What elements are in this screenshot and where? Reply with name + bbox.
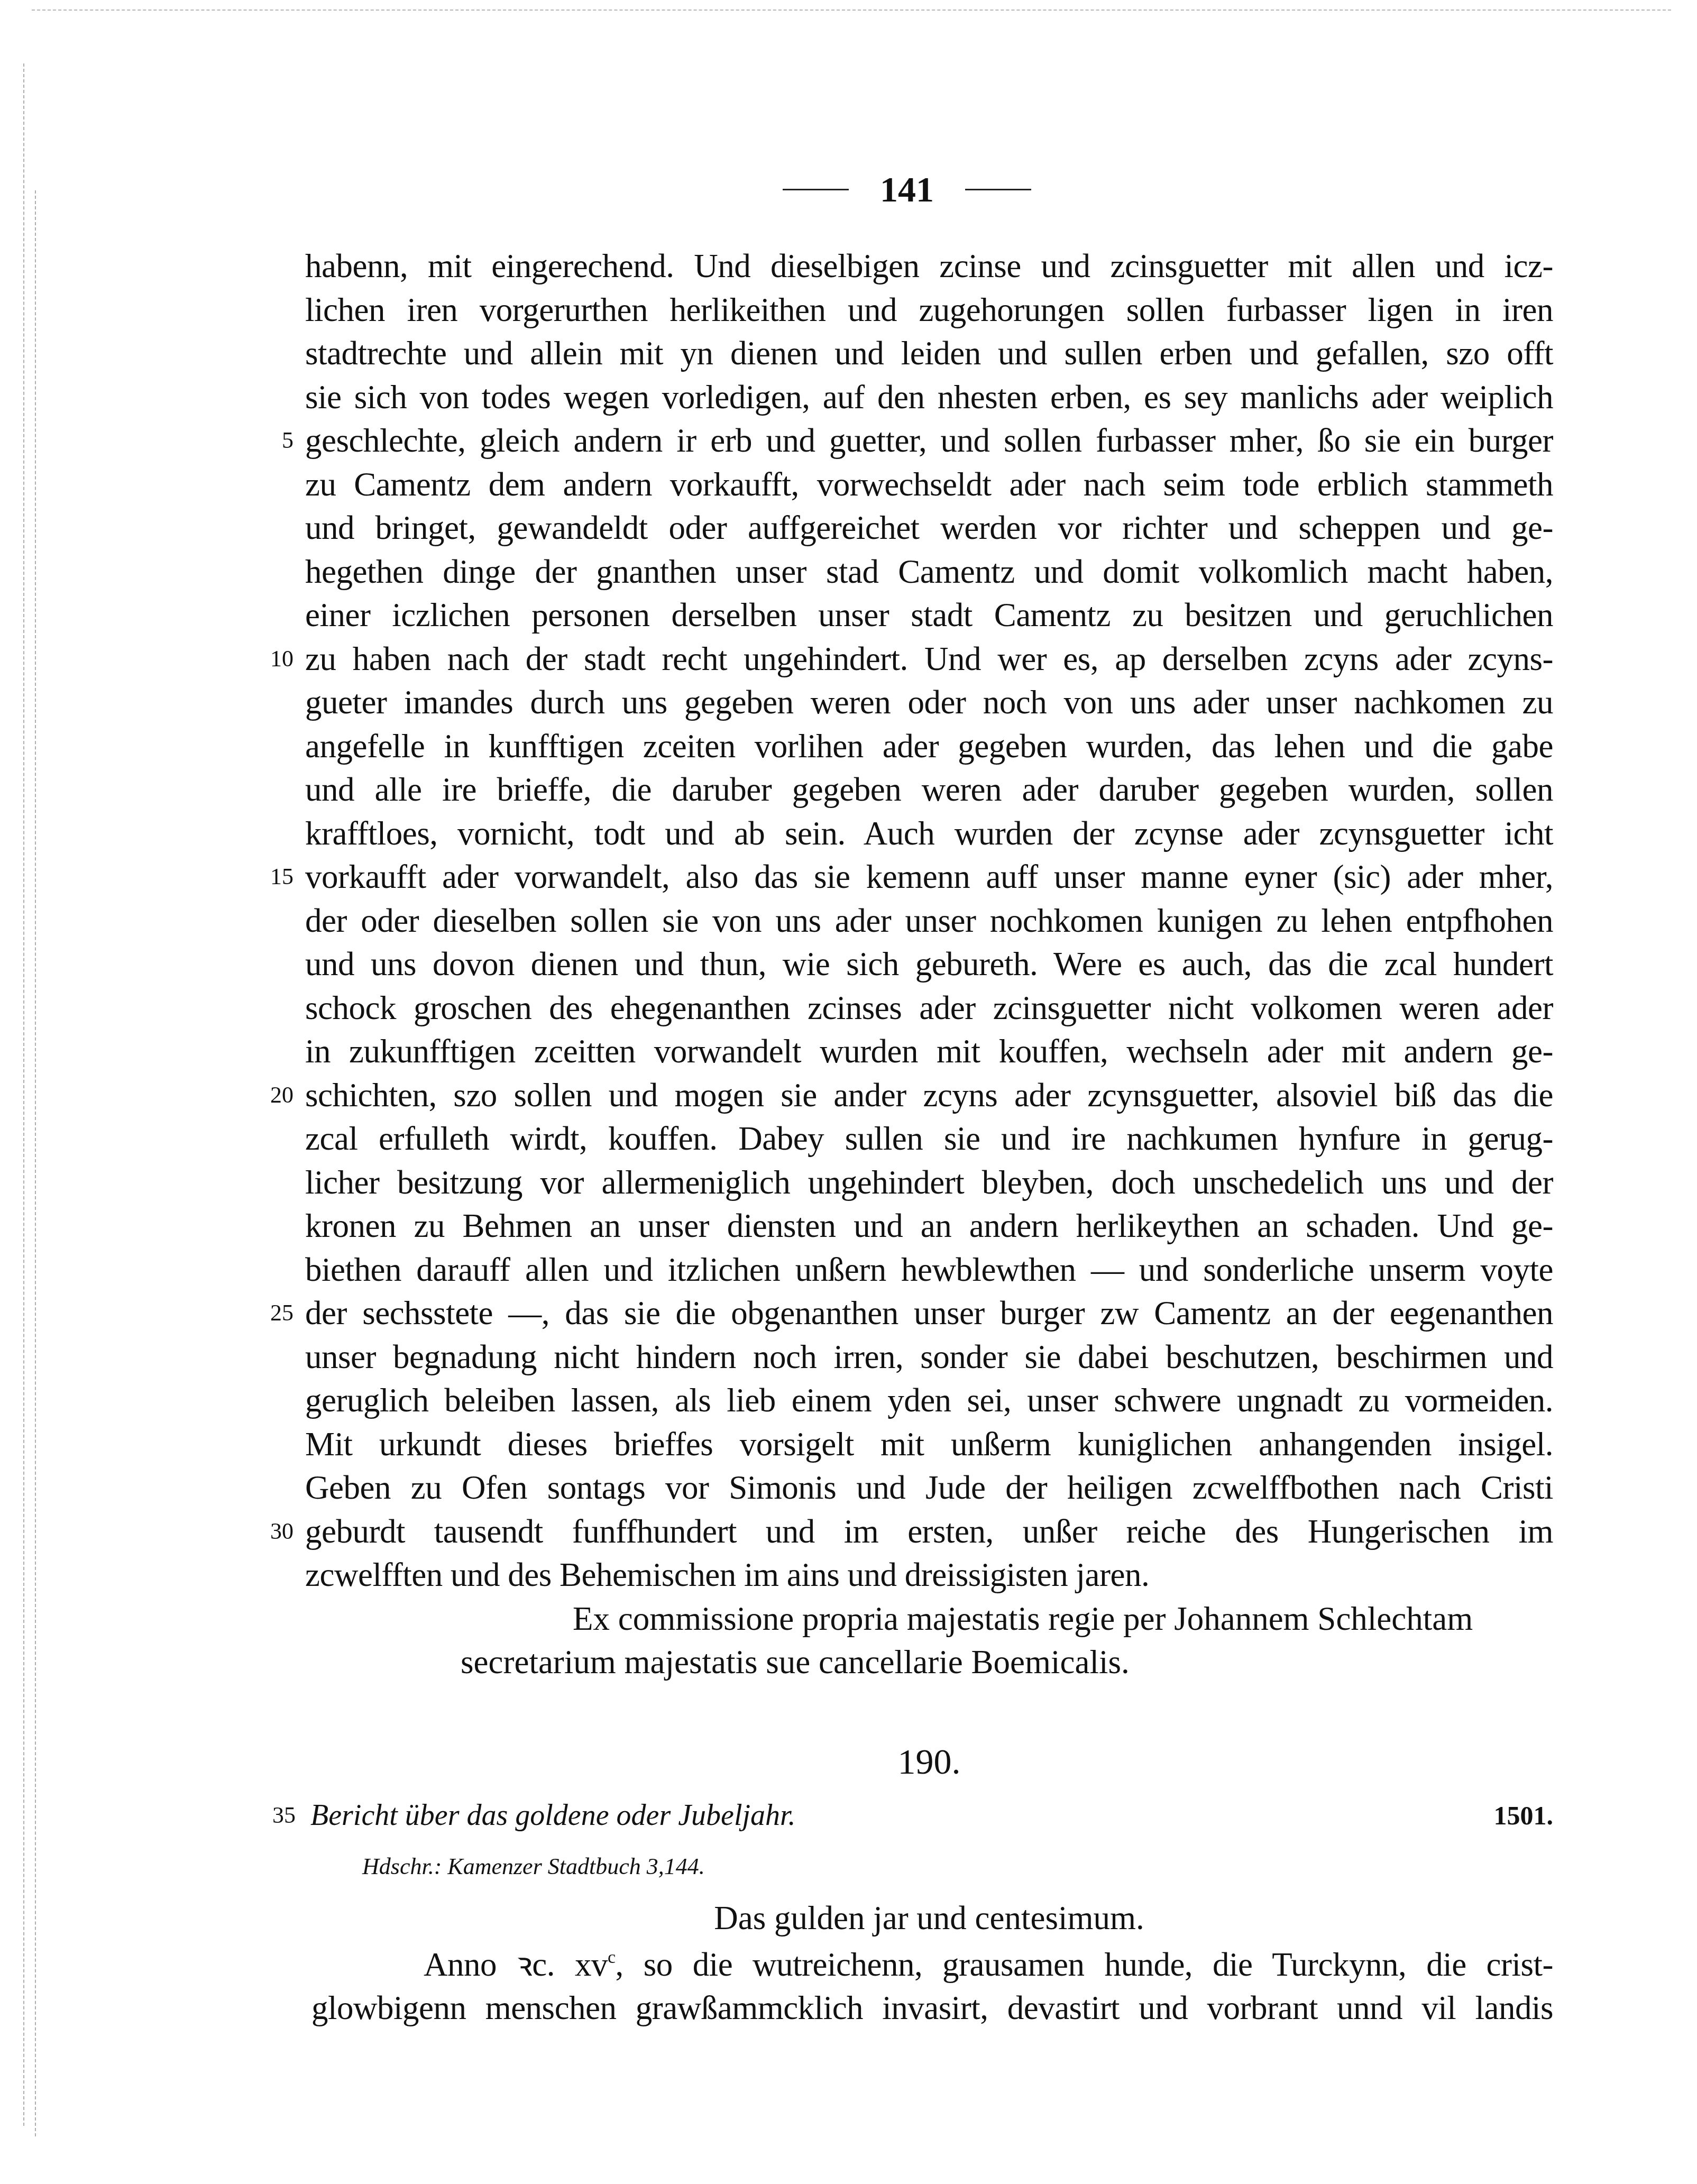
body-text-line: zcal erfulleth wirdt, kouffen. Dabey sul… [305,1117,1553,1160]
body-text-line: sie sich von todes wegen vorledigen, auf… [305,375,1553,419]
line-number: 35 [272,1794,296,1837]
document-regest: Bericht über das goldene oder Jubeljahr. [310,1794,796,1837]
body-text-line: angefelle in kunfftigen zceiten vorlihen… [305,724,1553,768]
body-text-line: in zukunfftigen zceitten vorwandelt wurd… [305,1030,1553,1073]
body-text-line: vorkaufft ader vorwandelt, also das sie … [305,855,1553,898]
body-text-line: Mit urkundt dieses brieffes vorsigelt mi… [305,1423,1553,1466]
body-text-line: und alle ire brieffe, die daruber gegebe… [305,768,1553,811]
body-text-line: stadtrechte und allein mit yn dienen und… [305,332,1553,375]
document-heading: Das gulden jar und centesimum. [305,1896,1553,1940]
source-citation: Hdschr.: Kamenzer Stadtbuch 3,144. [362,1848,705,1885]
line-number: 5 [267,419,293,462]
body-text-line: hegethen dinge der gnanthen unser stad C… [305,550,1553,593]
body-text-line: geburdt tausendt funffhundert und im ers… [305,1510,1553,1553]
subscription-line-1: Ex commissione propria majestatis regie … [573,1597,1473,1640]
line-number: 30 [267,1510,293,1553]
document-text-line: glowbigenn menschen grawßammcklich invas… [311,1986,1553,2030]
body-text-line: zu Camentz dem andern vorkaufft, vorwech… [305,463,1553,506]
body-text-line: habenn, mit eingerechend. Und dieselbige… [305,244,1553,288]
line-number: 25 [267,1291,293,1335]
body-text-line: schichten, szo sollen und mogen sie ande… [305,1073,1553,1117]
body-text-line: geschlechte, gleich andern ir erb und gu… [305,419,1553,462]
body-text-line: krafftloes, vornicht, todt und ab sein. … [305,812,1553,855]
body-text-line: der sechsstete —, das sie die obgenanthe… [305,1291,1553,1335]
page-number: 141 [880,168,934,210]
document-text-line: Anno ꝛc. xvc, so die wutreichenn, grausa… [424,1943,1553,1986]
subscription-line-2: secretarium majestatis sue cancellarie B… [461,1640,1130,1684]
body-text-line: der oder dieselben sollen sie von uns ad… [305,899,1553,942]
body-text-line: einer iczlichen personen derselben unser… [305,593,1553,637]
body-text-line: und bringet, gewandeldt oder auffgereich… [305,506,1553,549]
body-text-line: lichen iren vorgerurthen herlikeithen un… [305,288,1553,332]
body-text-line: gueter imandes durch uns gegeben weren o… [305,681,1553,724]
header-dash-right [965,189,1031,190]
body-text-line: zu haben nach der stadt recht ungehinder… [305,637,1553,681]
document-date: 1501. [1470,1794,1553,1837]
page-number-header: 141 [783,168,1031,210]
document-number: 190. [305,1740,1553,1783]
line-number: 15 [267,855,293,898]
body-text-line: unser begnadung nicht hindern noch irren… [305,1335,1553,1379]
scan-edge-artifact [32,10,1671,13]
line-number: 10 [267,637,293,681]
scan-margin-line [35,190,37,2136]
body-text-line: und uns dovon dienen und thun, wie sich … [305,942,1553,986]
header-dash-left [783,189,849,190]
body-text-line: biethen darauff allen und itzlichen unße… [305,1248,1553,1291]
body-text-line: schock groschen des ehegenanthen zcinses… [305,986,1553,1030]
line-number: 20 [267,1073,293,1117]
document-page: 141 habenn, mit eingerechend. Und diesel… [0,0,1697,2184]
body-text-line: licher besitzung vor allermeniglich unge… [305,1161,1553,1204]
body-text-line: kronen zu Behmen an unser diensten und a… [305,1204,1553,1247]
scan-margin-line [23,63,25,2126]
body-text-line: geruglich beleiben lassen, als lieb eine… [305,1379,1553,1422]
body-text-line: zcwelfften und des Behemischen im ains u… [305,1553,1553,1596]
body-text-line: Geben zu Ofen sontags vor Simonis und Ju… [305,1466,1553,1509]
